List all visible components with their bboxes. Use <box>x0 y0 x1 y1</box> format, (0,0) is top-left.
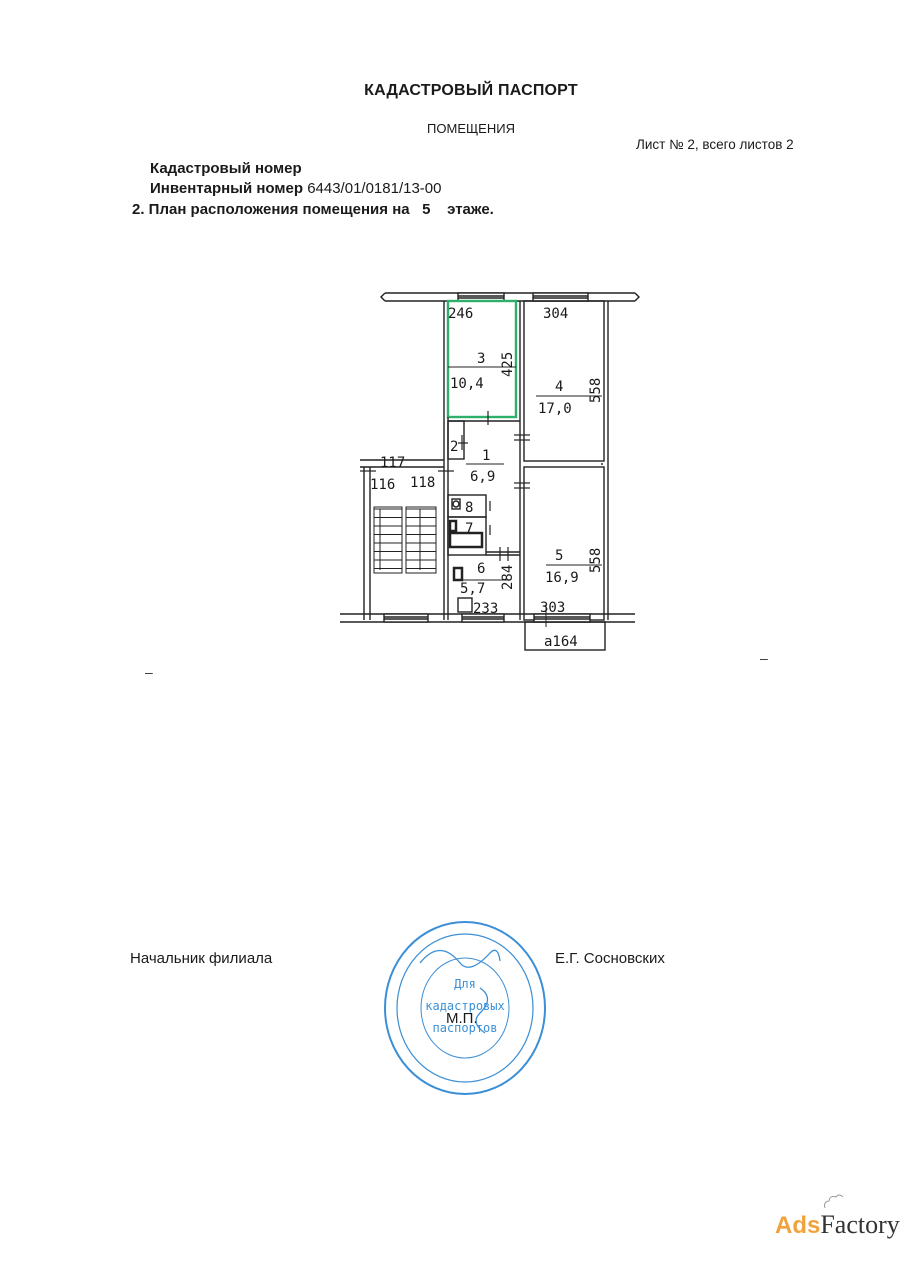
stamp-line-1: Для <box>454 977 476 991</box>
signature-name: Е.Г. Сосновских <box>555 950 665 967</box>
dim-stair-left: 116 <box>370 477 395 493</box>
signature-role: Начальник филиала <box>130 950 272 967</box>
room5-area: 16,9 <box>545 570 579 586</box>
room6-id: 6 <box>477 561 485 577</box>
watermark-logo: AdsFactory <box>775 1210 900 1240</box>
dim-room4-width: 304 <box>543 306 568 322</box>
floor-plan: 246 3 10,4 425 304 4 17,0 558 1 6,9 2 8 … <box>340 285 640 655</box>
room5-id: 5 <box>555 548 563 564</box>
room3-area: 10,4 <box>450 376 484 392</box>
room4-area: 17,0 <box>538 401 572 417</box>
dim-room5-width: 303 <box>540 600 565 616</box>
dim-room6-width: 233 <box>473 601 498 617</box>
dim-room6-length: 284 <box>500 565 516 590</box>
room8-id: 8 <box>465 500 473 516</box>
watermark-brand-1: Ads <box>775 1212 820 1239</box>
dim-room4-length: 558 <box>588 378 604 403</box>
dim-balcony: а164 <box>544 634 578 650</box>
smoke-cloud-icon <box>823 1192 843 1210</box>
dim-room3-width: 246 <box>448 306 473 322</box>
dash-mark-right: – <box>760 650 768 666</box>
room6-area: 5,7 <box>460 581 485 597</box>
document-subtitle: ПОМЕЩЕНИЯ <box>0 121 902 136</box>
official-stamp: Для кадастровых паспортов <box>380 918 550 1098</box>
dim-stair-top: 117 <box>380 455 405 471</box>
sheet-info: Лист № 2, всего листов 2 <box>636 137 794 152</box>
dim-room5-length: 558 <box>588 548 604 573</box>
document-title: КАДАСТРОВЫЙ ПАСПОРТ <box>0 82 902 100</box>
inventory-number: Инвентарный номер 6443/01/0181/13-00 <box>150 180 441 197</box>
room7-id: 7 <box>465 521 473 537</box>
room2-id: 2 <box>450 439 458 455</box>
room3-id: 3 <box>477 351 485 367</box>
watermark-brand-2: Factory <box>820 1210 899 1239</box>
inventory-number-value: 6443/01/0181/13-00 <box>307 180 441 197</box>
dim-room3-length: 425 <box>500 352 516 377</box>
plan-heading: 2. План расположения помещения на 5 этаж… <box>132 201 494 218</box>
inventory-number-label: Инвентарный номер <box>150 180 303 197</box>
cadastral-number-label: Кадастровый номер <box>150 160 302 177</box>
dim-stair-right: 118 <box>410 475 435 491</box>
room4-id: 4 <box>555 379 563 395</box>
dash-mark-left: – <box>145 664 153 680</box>
room1-id: 1 <box>482 448 490 464</box>
seal-mark: М.П. <box>446 1010 478 1027</box>
room1-area: 6,9 <box>470 469 495 485</box>
